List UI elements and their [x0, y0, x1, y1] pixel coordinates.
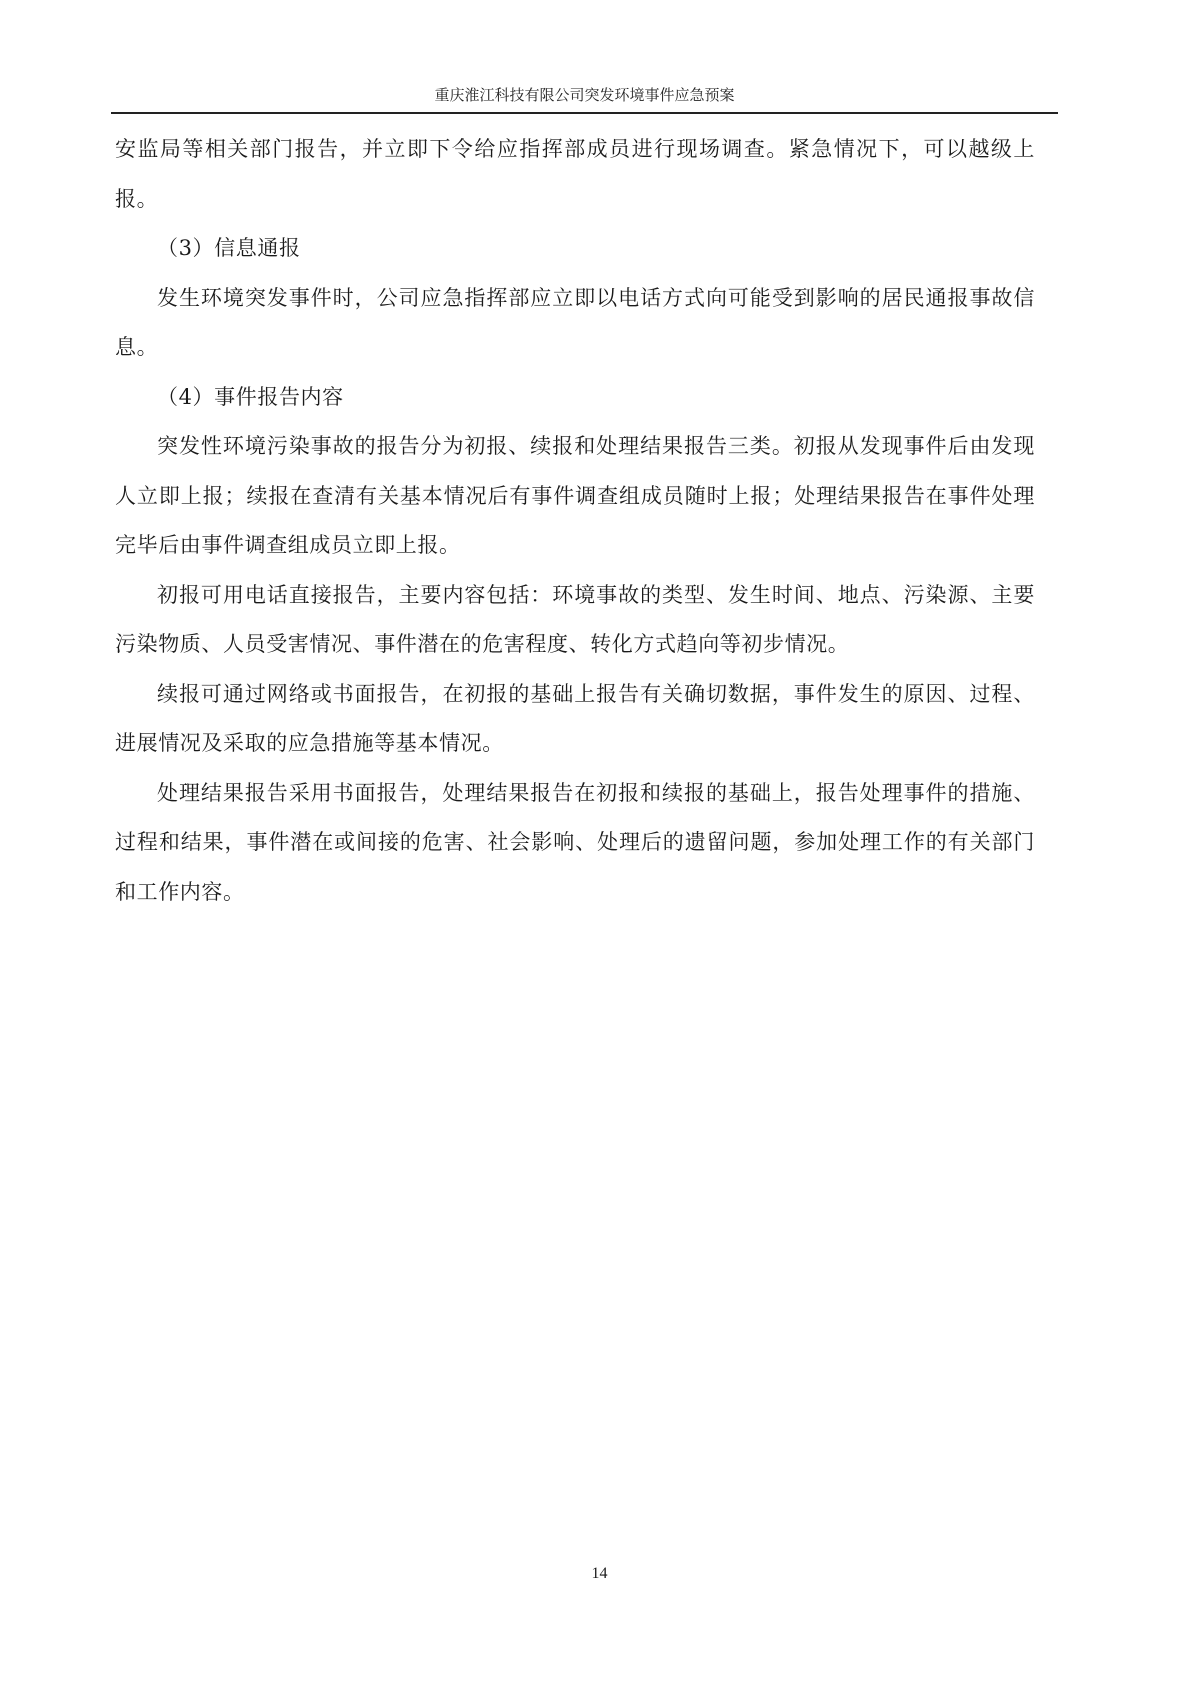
document-title: 重庆淮江科技有限公司突发环境事件应急预案 — [434, 86, 734, 104]
paragraph-follow-up-report: 续报可通过网络或书面报告，在初报的基础上报告有关确切数据，事件发生的原因、过程、… — [115, 670, 1035, 769]
paragraph-result-report: 处理结果报告采用书面报告，处理结果报告在初报和续报的基础上，报告处理事件的措施、… — [115, 769, 1035, 918]
page-number: 14 — [0, 1565, 1199, 1583]
section-heading-report-content: （4）事件报告内容 — [115, 373, 1035, 423]
paragraph-continuation: 安监局等相关部门报告，并立即下令给应指挥部成员进行现场调查。紧急情况下，可以越级… — [115, 125, 1035, 224]
section-heading-info-notification: （3）信息通报 — [115, 224, 1035, 274]
paragraph-report-types: 突发性环境污染事故的报告分为初报、续报和处理结果报告三类。初报从发现事件后由发现… — [115, 422, 1035, 571]
paragraph-initial-report: 初报可用电话直接报告，主要内容包括：环境事故的类型、发生时间、地点、污染源、主要… — [115, 571, 1035, 670]
page-header: 重庆淮江科技有限公司突发环境事件应急预案 — [111, 84, 1058, 114]
paragraph-info-notification: 发生环境突发事件时，公司应急指挥部应立即以电话方式向可能受到影响的居民通报事故信… — [115, 274, 1035, 373]
document-body: 安监局等相关部门报告，并立即下令给应指挥部成员进行现场调查。紧急情况下，可以越级… — [115, 125, 1035, 917]
